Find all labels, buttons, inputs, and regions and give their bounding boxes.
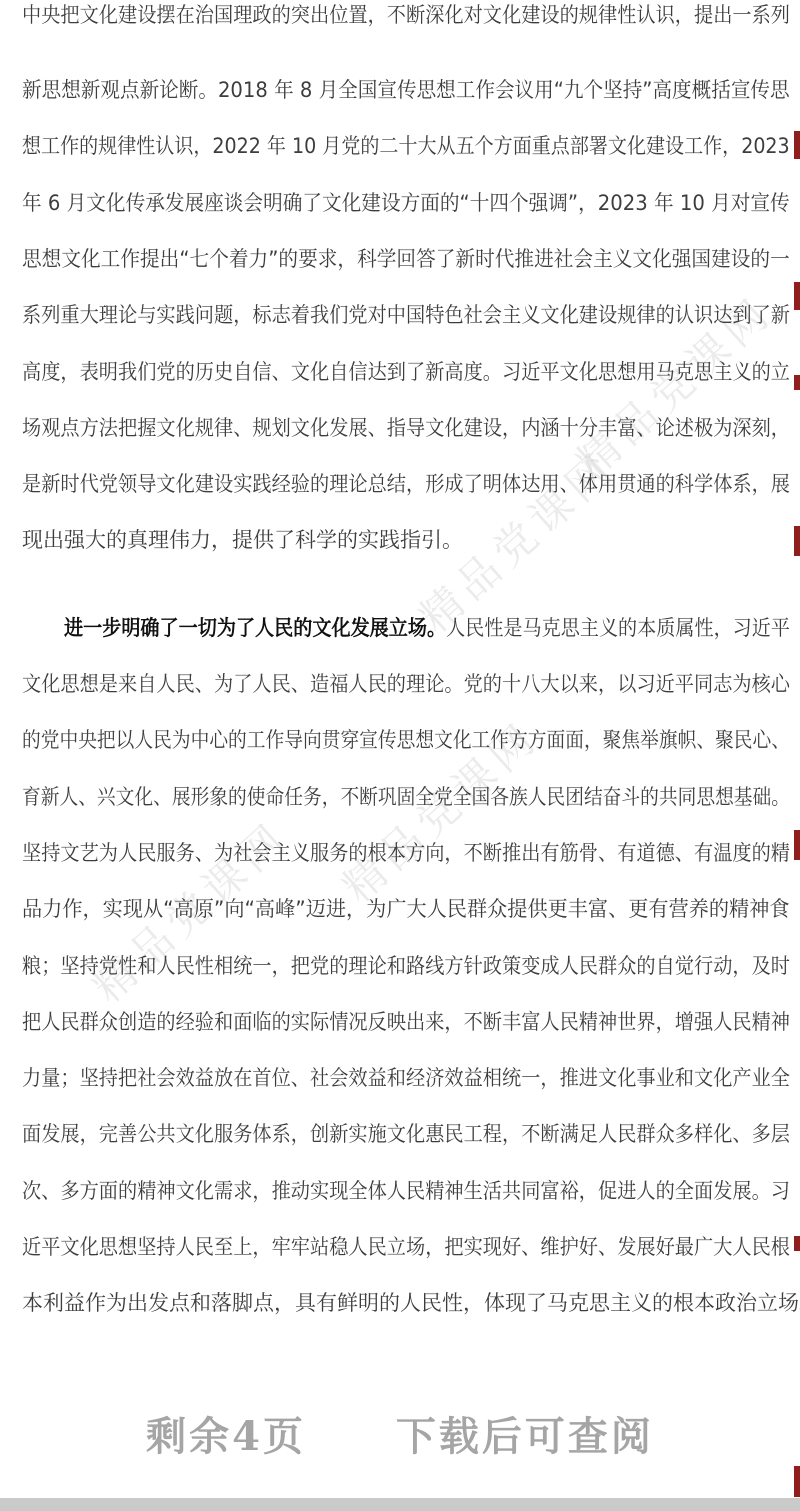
search-match-marker <box>794 1236 800 1251</box>
text-line: 近平文化思想坚持人民至上，牢牢站稳人民立场，把实现好、维护好、发展好最广大人民根 <box>22 1234 790 1261</box>
text-line: 育新人、兴文化、展形象的使命任务，不断巩固全党全国各族人民团结奋斗的共同思想基础… <box>22 784 790 811</box>
text-line: 本利益作为出发点和落脚点，具有鲜明的人民性，体现了马克思主义的根本政治立场。 <box>22 1290 790 1317</box>
page-bottom-bar <box>0 1498 800 1511</box>
preview-footer: 剩余4页 下载后可查阅 <box>0 1405 800 1462</box>
text-line: 的党中央把以人民为中心的工作导向贯穿宣传思想文化工作方方面面，聚焦举旗帜、聚民心… <box>22 727 790 754</box>
text-line: 想工作的规律性认识，2022 年 10 月党的二十大从五个方面重点部署文化建设工… <box>22 133 790 160</box>
search-match-marker <box>794 375 800 390</box>
text-line: 高度，表明我们党的历史自信、文化自信达到了新高度。习近平文化思想用马克思主义的立 <box>22 359 790 386</box>
text-line: 中央把文化建设摆在治国理政的突出位置，不断深化对文化建设的规律性认识，提出一系列 <box>22 2 790 29</box>
lead-rest-text: 人民性是马克思主义的本质属性，习近平 <box>446 616 790 640</box>
text-line: 场观点方法把握文化规律、规划文化发展、指导文化建设，内涵十分丰富、论述极为深刻， <box>22 415 790 442</box>
search-match-marker <box>794 830 800 860</box>
text-line: 年 6 月文化传承发展座谈会明确了文化建设方面的“十四个强调”，2023 年 1… <box>22 190 790 217</box>
text-line: 力量；坚持把社会效益放在首位、社会效益和经济效益相统一，推进文化事业和文化产业全 <box>22 1065 790 1092</box>
text-line: 品力作，实现从“高原”向“高峰”迈进，为广大人民群众提供更丰富、更有营养的精神食 <box>22 896 790 923</box>
text-line: 现出强大的真理伟力，提供了科学的实践指引。 <box>22 527 790 554</box>
search-match-marker <box>794 1466 800 1497</box>
text-line: 把人民群众创造的经验和面临的实际情况反映出来，不断丰富人民精神世界，增强人民精神 <box>22 1009 790 1036</box>
text-line: 面发展，完善公共文化服务体系，创新实施文化惠民工程，不断满足人民群众多样化、多层 <box>22 1121 790 1148</box>
bold-lead-text: 进一步明确了一切为了人民的文化发展立场。 <box>64 616 446 640</box>
text-line: 思想文化工作提出“七个着力”的要求，科学回答了新时代推进社会主义文化强国建设的一 <box>22 246 790 273</box>
text-line: 次、多方面的精神文化需求，推动实现全体人民精神生活共同富裕，促进人的全面发展。习 <box>22 1178 790 1205</box>
text-line: 新思想新观点新论断。2018 年 8 月全国宣传思想工作会议用“九个坚持”高度概… <box>22 77 790 104</box>
search-match-marker <box>794 526 800 556</box>
search-match-marker <box>794 131 800 159</box>
text-line: 粮；坚持党性和人民性相统一，把党的理论和路线方针政策变成人民群众的自觉行动，及时 <box>22 953 790 980</box>
text-line: 是新时代党领导文化建设实践经验的理论总结，形成了明体达用、体用贯通的科学体系，展 <box>22 471 790 498</box>
text-line: 坚持文艺为人民服务、为社会主义服务的根本方向，不断推出有筋骨、有道德、有温度的精 <box>22 840 790 867</box>
text-line: 系列重大理论与实践问题，标志着我们党对中国特色社会主义文化建设规律的认识达到了新 <box>22 302 790 329</box>
remaining-pages-label: 剩余4页 <box>146 1413 306 1460</box>
text-line: 进一步明确了一切为了人民的文化发展立场。人民性是马克思主义的本质属性，习近平 <box>22 615 800 642</box>
document-page: 精品党课网精品党课网精品党课网精品党课网 中央把文化建设摆在治国理政的突出位置，… <box>0 0 800 1511</box>
text-line: 文化思想是来自人民、为了人民、造福人民的理论。党的十八大以来，以习近平同志为核心 <box>22 671 790 698</box>
search-match-marker <box>794 282 800 310</box>
download-hint-label: 下载后可查阅 <box>396 1413 654 1460</box>
